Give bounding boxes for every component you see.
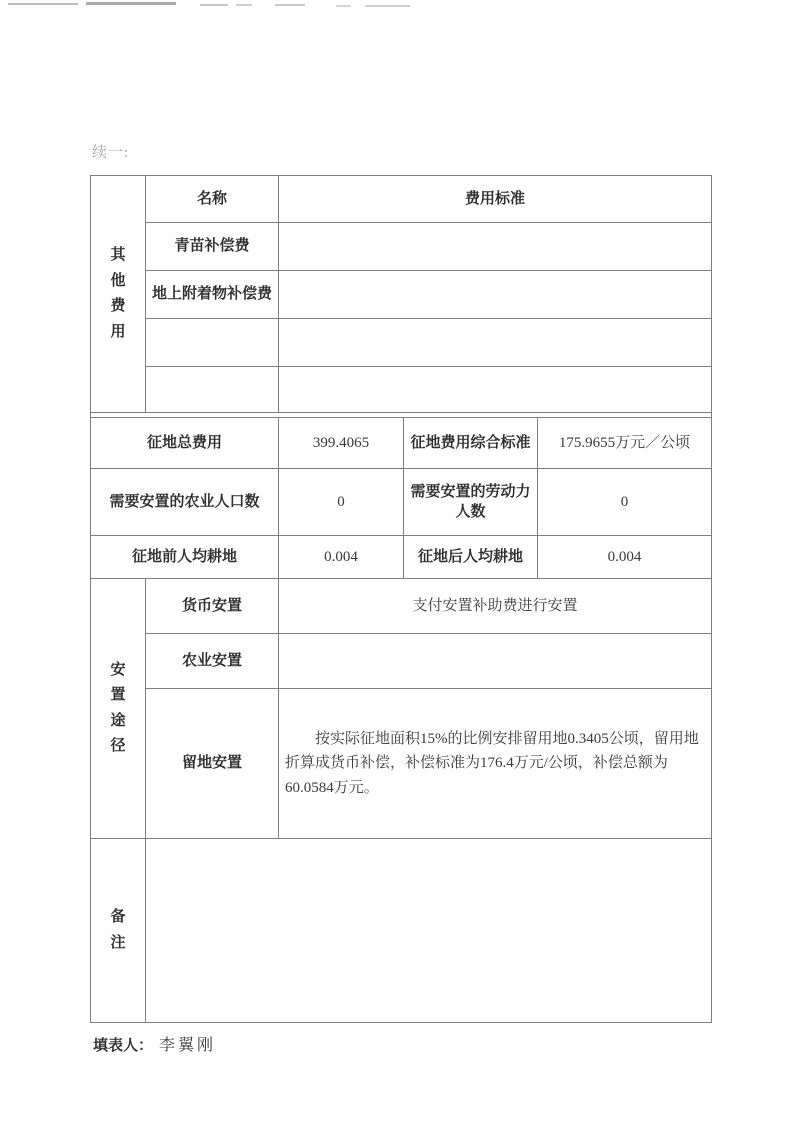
comprehensive-standard-label-cell: 征地费用综合标准: [403, 417, 538, 469]
name-header-cell: 名称: [145, 175, 279, 223]
farmland-before-label-cell: 征地前人均耕地: [90, 535, 279, 579]
form-filler: 填表人：李翼刚: [93, 1032, 216, 1055]
reserved-land-resettlement-text: 按实际征地面积15%的比例安排留用地0.3405公顷，留用地折算成货币补偿，补偿…: [281, 727, 709, 800]
total-cost-label-cell: 征地总费用: [90, 417, 279, 469]
farmland-after-value-cell: 0.004: [537, 535, 712, 579]
monetary-resettlement-value-cell: 支付安置补助费进行安置: [278, 578, 712, 634]
scan-artifact-line: [365, 5, 410, 7]
land-expropriation-table: 其他费用 名称 费用标准 青苗补偿费 地上附着物补偿费 征地总费用 399.40…: [90, 175, 712, 1023]
labor-force-label-cell: 需要安置的劳动力人数: [403, 468, 538, 536]
scan-artifact-line: [336, 5, 351, 7]
monetary-resettlement-label-cell: 货币安置: [145, 578, 279, 634]
fee-row-standard: [278, 222, 712, 271]
scan-artifact-line: [275, 4, 305, 6]
scanned-document-page: 续一: 其他费用 名称 费用标准 青苗补偿费 地上附着物补偿费 征地总费用 39…: [0, 0, 800, 1131]
total-cost-value-cell: 399.4065: [278, 417, 404, 469]
remarks-section-cell: 备注: [90, 838, 146, 1023]
remarks-section-label: 备注: [109, 905, 126, 956]
continuation-note: 续一:: [92, 141, 129, 162]
fee-row-standard: [278, 270, 712, 319]
fee-row-standard: [278, 318, 712, 367]
fee-row-name: [145, 366, 279, 413]
scan-artifact-line: [236, 4, 252, 6]
reserved-land-resettlement-label-cell: 留地安置: [145, 688, 279, 839]
comprehensive-standard-value-cell: 175.9655万元／公顷: [537, 417, 712, 469]
remarks-content-cell: [145, 838, 712, 1023]
fee-row-standard: [278, 366, 712, 413]
agricultural-population-value-cell: 0: [278, 468, 404, 536]
other-fees-section-cell: 其他费用: [90, 175, 146, 413]
standard-header-cell: 费用标准: [278, 175, 712, 223]
agricultural-population-label-cell: 需要安置的农业人口数: [90, 468, 279, 536]
other-fees-section-label: 其他费用: [109, 243, 126, 345]
agricultural-resettlement-label-cell: 农业安置: [145, 633, 279, 689]
form-filler-name: 李翼刚: [159, 1037, 216, 1054]
fee-row-name: 地上附着物补偿费: [145, 270, 279, 319]
resettlement-section-label: 安置途径: [109, 658, 126, 760]
reserved-land-resettlement-value-cell: 按实际征地面积15%的比例安排留用地0.3405公顷，留用地折算成货币补偿，补偿…: [278, 688, 712, 839]
agricultural-resettlement-value-cell: [278, 633, 712, 689]
scan-artifact-line: [8, 3, 78, 5]
fee-row-name: 青苗补偿费: [145, 222, 279, 271]
scan-artifact-line: [200, 4, 228, 6]
resettlement-section-cell: 安置途径: [90, 578, 146, 839]
scan-artifact-line: [86, 2, 176, 5]
labor-force-value-cell: 0: [537, 468, 712, 536]
form-filler-label: 填表人：: [93, 1038, 153, 1054]
farmland-after-label-cell: 征地后人均耕地: [403, 535, 538, 579]
farmland-before-value-cell: 0.004: [278, 535, 404, 579]
fee-row-name: [145, 318, 279, 367]
